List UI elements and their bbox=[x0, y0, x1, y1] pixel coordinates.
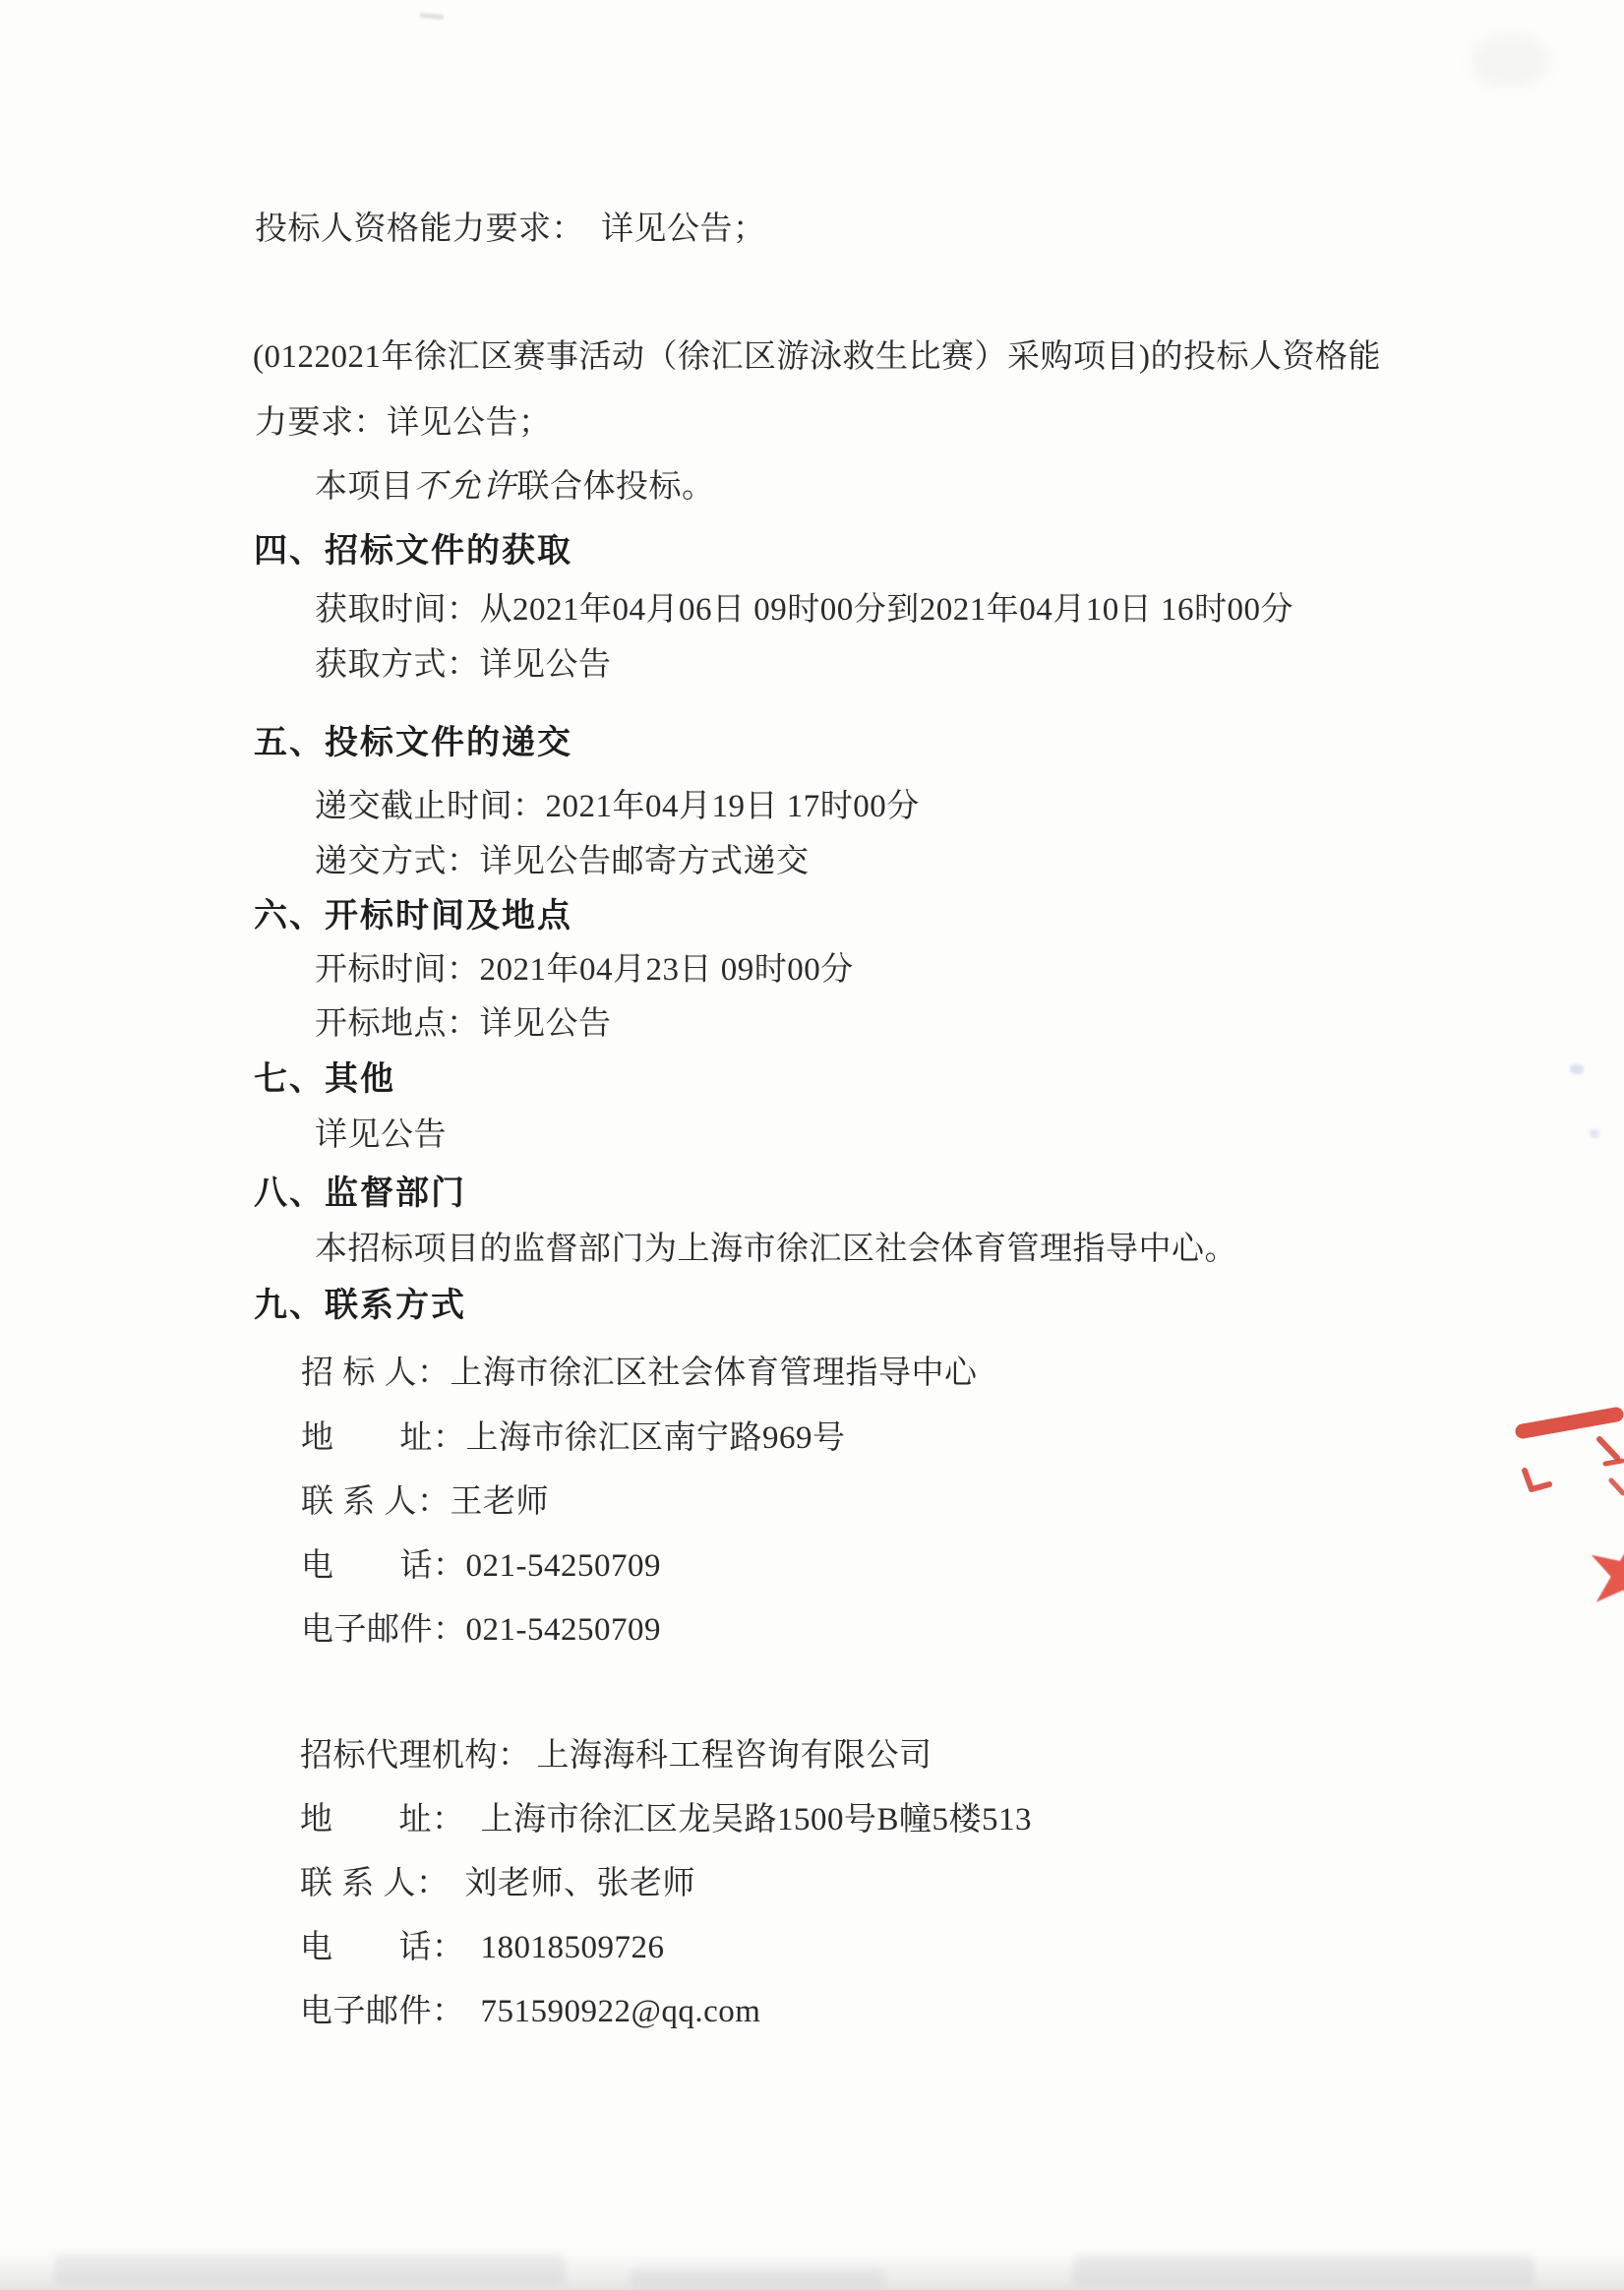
joint-venture-emphasis: 不允许 bbox=[414, 469, 517, 505]
tenderer-row: 电子邮件：021-54250709 bbox=[301, 1610, 661, 1651]
agency-value: 18018509726 bbox=[465, 1928, 665, 1968]
tenderer-value: 021-54250709 bbox=[466, 1546, 662, 1587]
tenderer-value: 021-54250709 bbox=[466, 1610, 662, 1651]
section-heading-8: 八、监督部门 bbox=[254, 1174, 466, 1216]
agency-label: 电 话： bbox=[300, 1928, 465, 1968]
scan-artifact bbox=[420, 13, 444, 20]
bid-opening-time-line: 开标时间：2021年04月23日 09时00分 bbox=[315, 950, 854, 991]
submit-method-line: 递交方式：详见公告邮寄方式递交 bbox=[315, 842, 810, 882]
tenderer-row: 电 话：021-54250709 bbox=[301, 1546, 661, 1587]
agency-value: 上海市徐汇区龙吴路1500号B幢5楼513 bbox=[465, 1800, 1033, 1840]
tenderer-value: 上海市徐汇区社会体育管理指导中心 bbox=[451, 1354, 978, 1394]
scanned-document-page: 投标人资格能力要求： 详见公告； (0122021年徐汇区赛事活动（徐汇区游泳救… bbox=[0, 0, 1624, 2290]
agency-value: 刘老师、张老师 bbox=[450, 1864, 696, 1904]
tenderer-label: 地 址： bbox=[301, 1418, 466, 1459]
section-heading-6: 六、开标时间及地点 bbox=[254, 896, 572, 938]
tenderer-row: 招 标 人：上海市徐汇区社会体育管理指导中心 bbox=[301, 1354, 978, 1394]
joint-venture-line: 本项目不允许联合体投标。 bbox=[315, 467, 715, 508]
agency-row: 招标代理机构：上海海科工程咨询有限公司 bbox=[300, 1736, 932, 1777]
section-heading-4: 四、招标文件的获取 bbox=[254, 531, 572, 573]
agency-row: 电子邮件：751590922@qq.com bbox=[300, 1992, 760, 2032]
scan-noise-patch bbox=[1072, 2256, 1534, 2285]
tenderer-label: 招 标 人： bbox=[301, 1354, 451, 1394]
tenderer-label: 电 话： bbox=[301, 1546, 466, 1587]
joint-venture-suffix: 联合体投标。 bbox=[517, 469, 715, 505]
agency-label: 电子邮件： bbox=[300, 1992, 465, 2032]
other-line: 详见公告 bbox=[315, 1115, 447, 1156]
agency-label: 地 址： bbox=[300, 1800, 465, 1840]
intro-line-2: (0122021年徐汇区赛事活动（徐汇区游泳救生比赛）采购项目)的投标人资格能 bbox=[253, 337, 1381, 378]
tenderer-value: 上海市徐汇区南宁路969号 bbox=[466, 1418, 846, 1459]
scan-noise-band bbox=[0, 2245, 1624, 2290]
section-heading-9: 九、联系方式 bbox=[254, 1286, 466, 1328]
supervisor-line: 本招标项目的监督部门为上海市徐汇区社会体育管理指导中心。 bbox=[315, 1230, 1237, 1270]
tenderer-value: 王老师 bbox=[451, 1482, 550, 1523]
section-heading-5: 五、投标文件的递交 bbox=[254, 723, 572, 765]
tenderer-label: 联 系 人： bbox=[301, 1482, 451, 1523]
section-heading-7: 七、其他 bbox=[254, 1059, 395, 1102]
submit-deadline-line: 递交截止时间：2021年04月19日 17时00分 bbox=[315, 787, 920, 827]
agency-value: 751590922@qq.com bbox=[465, 1992, 761, 2032]
tenderer-row: 联 系 人：王老师 bbox=[301, 1482, 549, 1523]
tenderer-row: 地 址：上海市徐汇区南宁路969号 bbox=[301, 1418, 846, 1459]
obtain-method-line: 获取方式：详见公告 bbox=[315, 645, 612, 686]
intro-line-3: 力要求：详见公告； bbox=[255, 403, 552, 444]
agency-row: 联 系 人：刘老师、张老师 bbox=[300, 1864, 695, 1904]
scan-artifact bbox=[1471, 34, 1549, 89]
intro-line-1: 投标人资格能力要求： 详见公告； bbox=[255, 210, 766, 250]
scan-artifact bbox=[1570, 1064, 1584, 1074]
tenderer-label: 电子邮件： bbox=[301, 1610, 466, 1651]
agency-row: 电 话：18018509726 bbox=[300, 1928, 665, 1968]
agency-label: 联 系 人： bbox=[300, 1864, 450, 1904]
agency-label: 招标代理机构： bbox=[300, 1736, 531, 1777]
agency-row: 地 址：上海市徐汇区龙吴路1500号B幢5楼513 bbox=[300, 1800, 1032, 1840]
agency-value: 上海海科工程咨询有限公司 bbox=[531, 1736, 932, 1777]
scan-noise-patch bbox=[54, 2255, 566, 2284]
bid-opening-place-line: 开标地点：详见公告 bbox=[315, 1004, 612, 1045]
scan-artifact bbox=[1590, 1129, 1599, 1138]
seal-scribble-icon bbox=[1515, 1402, 1624, 1510]
scan-noise-patch bbox=[630, 2266, 885, 2288]
obtain-time-line: 获取时间：从2021年04月06日 09时00分到2021年04月10日 16时… bbox=[315, 590, 1293, 631]
seal-star-icon: ★ bbox=[1571, 1507, 1624, 1640]
joint-venture-prefix: 本项目 bbox=[315, 469, 414, 505]
